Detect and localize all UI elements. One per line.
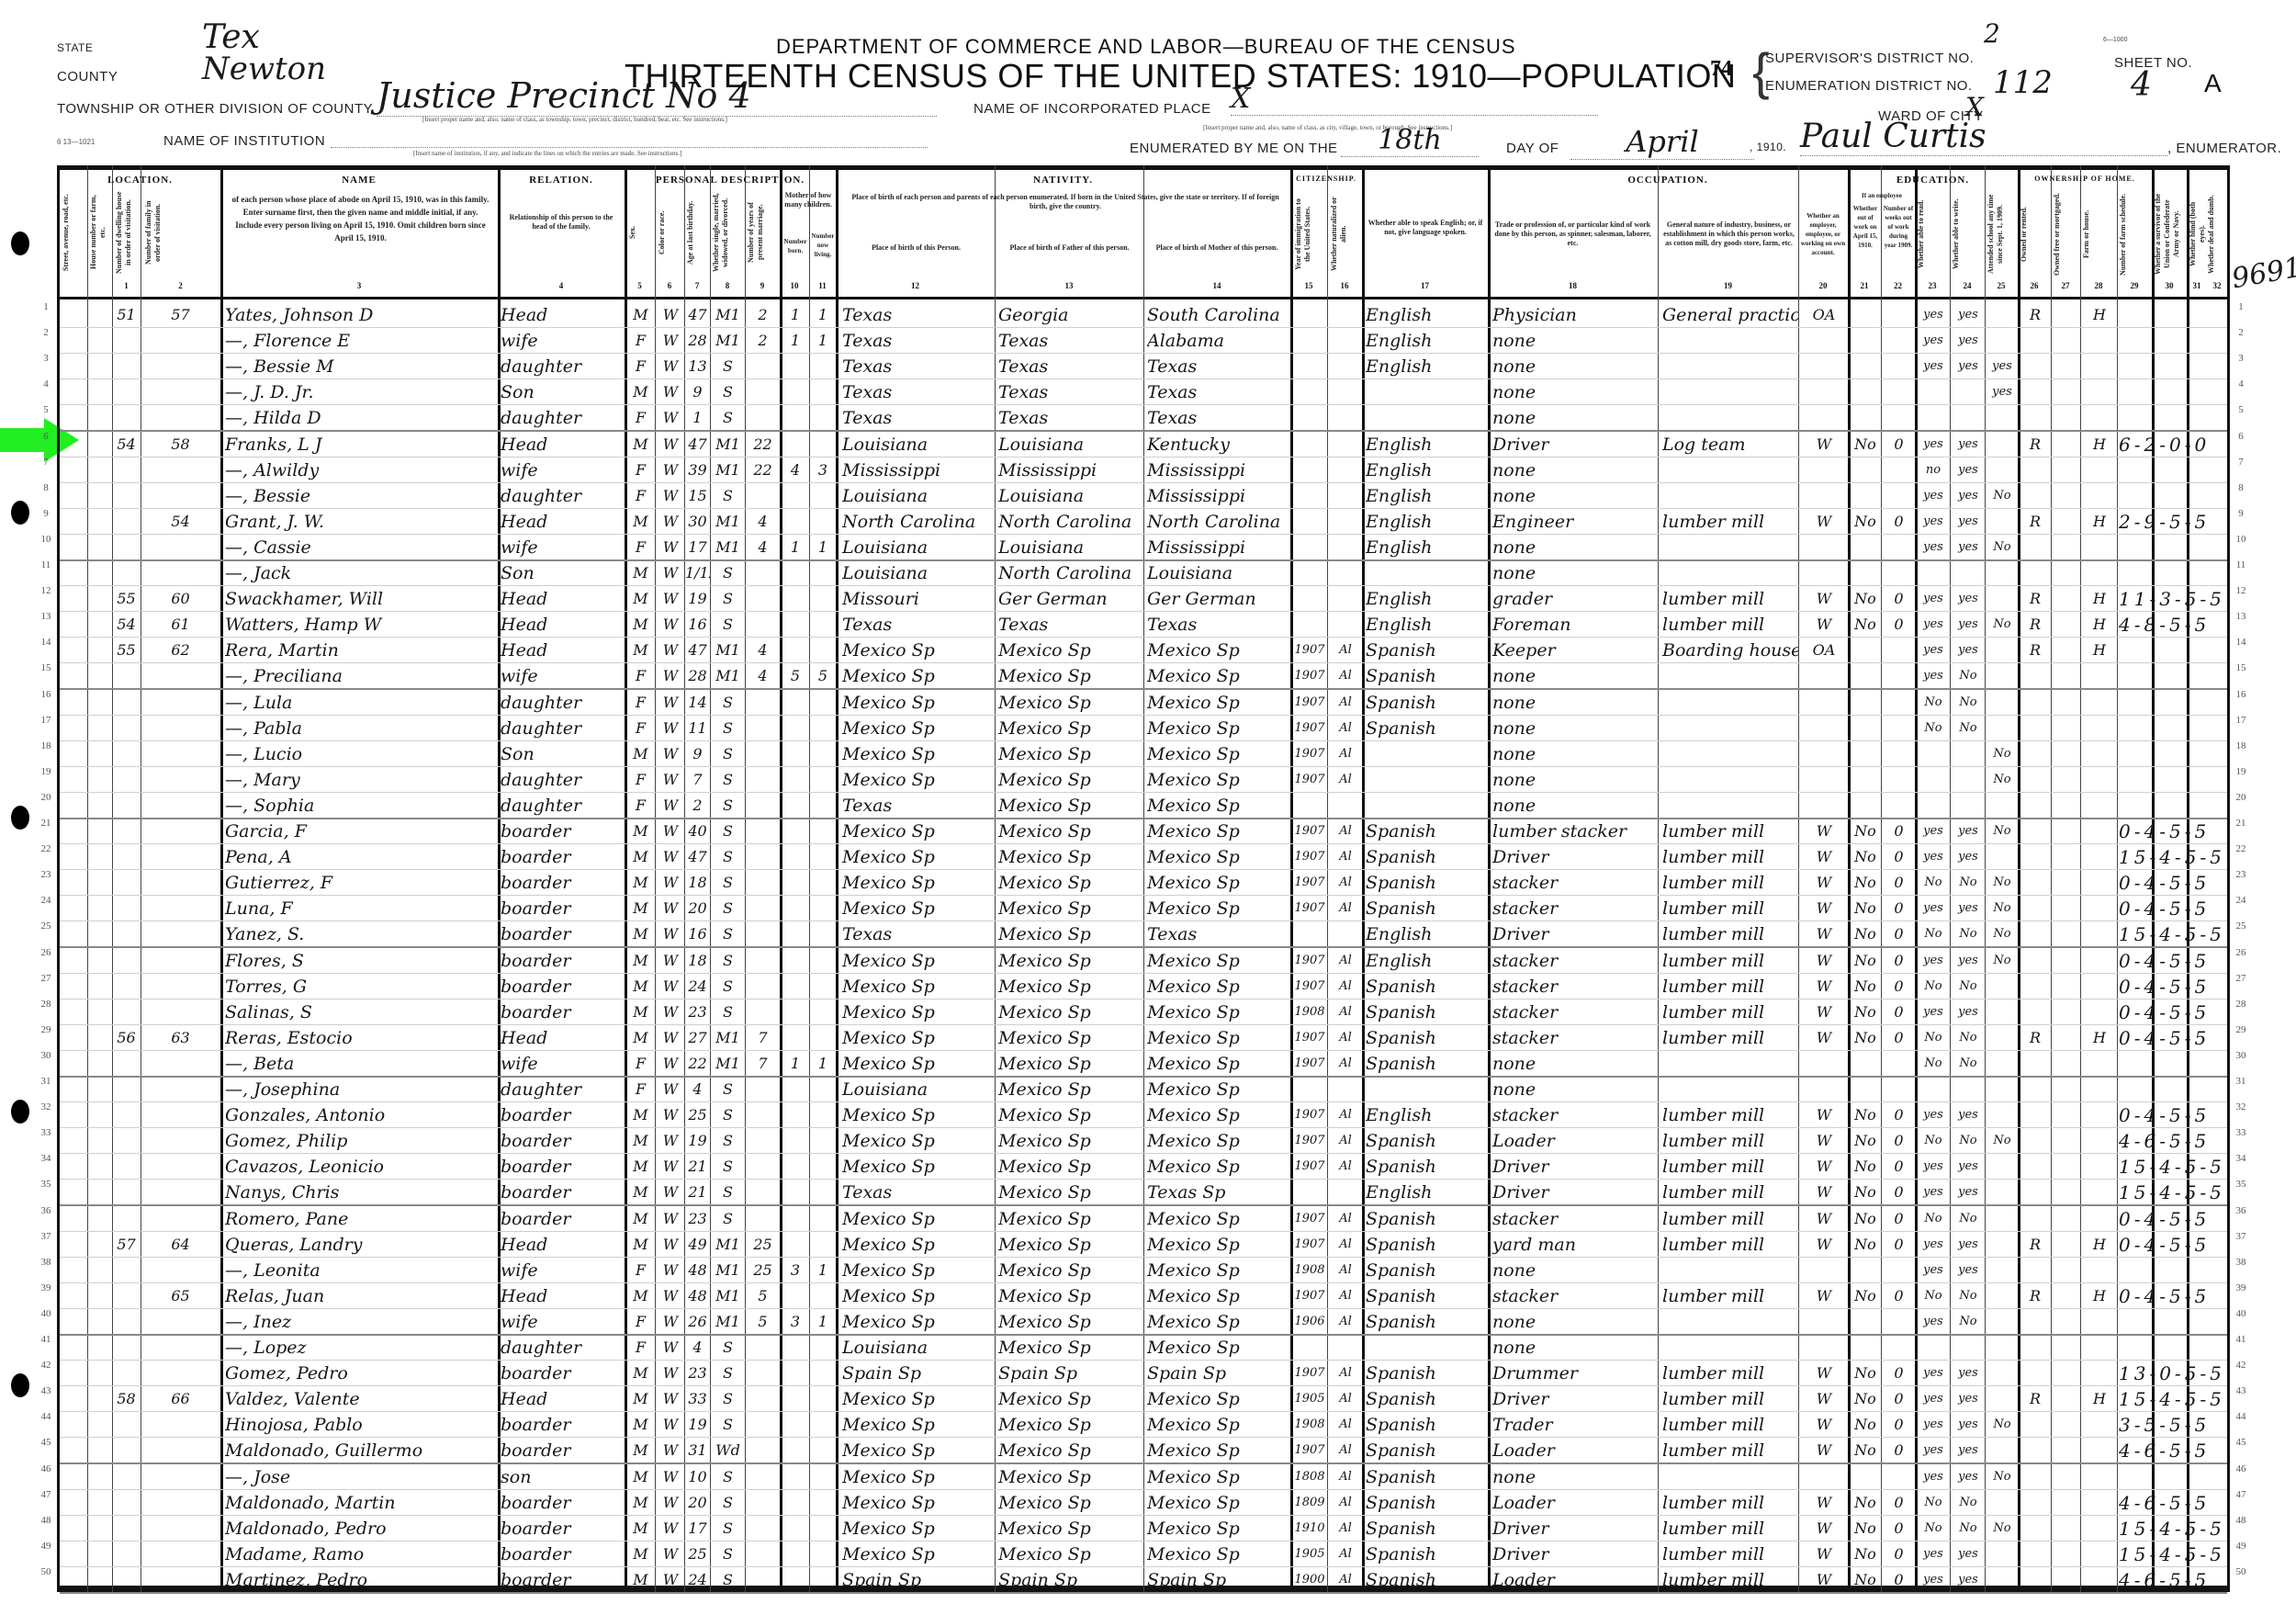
line-number: 12 xyxy=(2232,585,2250,596)
children-living: 1 xyxy=(810,1310,836,1334)
father-birthplace: Mexico Sp xyxy=(998,1439,1143,1463)
race: W xyxy=(657,949,684,973)
language: Spanish xyxy=(1366,691,1488,715)
race: W xyxy=(657,1103,684,1127)
owned-rented xyxy=(2020,1155,2051,1179)
dwelling-number xyxy=(112,1259,141,1282)
can-read: yes xyxy=(1917,1413,1950,1437)
family-number xyxy=(141,355,220,378)
can-read xyxy=(1917,768,1950,792)
can-read: yes xyxy=(1917,484,1950,508)
birthplace: Mexico Sp xyxy=(842,1387,995,1411)
language: Spanish xyxy=(1366,1517,1488,1541)
column-number: 32 xyxy=(2207,281,2227,290)
relation: Head xyxy=(501,510,623,534)
owned-rented: R xyxy=(2020,1284,2051,1308)
family-number xyxy=(141,1361,220,1385)
owned-rented: R xyxy=(2020,1026,2051,1050)
line-number: 23 xyxy=(2232,869,2250,880)
mortgaged xyxy=(2053,871,2080,895)
years-married xyxy=(746,355,780,378)
col-header-immigration: Year of immigration to the United States… xyxy=(1294,193,1325,276)
age: 7 xyxy=(685,768,710,792)
immigration-year: 1908 xyxy=(1292,1259,1327,1282)
age: 23 xyxy=(685,1361,710,1385)
line-number-left: 36 xyxy=(37,1205,55,1216)
person-name: Queras, Landry xyxy=(225,1233,498,1257)
age: 16 xyxy=(685,922,710,946)
children-living xyxy=(810,1026,836,1050)
table-row: 5458Franks, L JHeadMW47M122LouisianaLoui… xyxy=(60,431,2227,457)
farm-or-house xyxy=(2082,1078,2117,1101)
person-name: —, Hilda D xyxy=(225,406,498,430)
employer-status xyxy=(1800,484,1848,508)
mother-birthplace: Mexico Sp xyxy=(1147,1103,1290,1127)
age: 20 xyxy=(685,897,710,920)
sex: M xyxy=(626,587,655,611)
farm-or-house xyxy=(2082,1207,2117,1231)
years-married xyxy=(746,1542,780,1566)
farm-or-house xyxy=(2082,1517,2117,1541)
children-living xyxy=(810,742,836,766)
person-name: —, Lula xyxy=(225,691,498,715)
race: W xyxy=(657,742,684,766)
family-number: 66 xyxy=(141,1387,220,1411)
father-birthplace: Mexico Sp xyxy=(998,1129,1143,1153)
out-of-work: No xyxy=(1850,922,1881,946)
out-of-work xyxy=(1850,536,1881,559)
dwelling-number xyxy=(112,819,141,843)
father-birthplace: Mexico Sp xyxy=(998,949,1143,973)
employer-status: W xyxy=(1800,1103,1848,1127)
family-number xyxy=(141,949,220,973)
mortgaged xyxy=(2053,664,2080,688)
col-header-read: Whether able to read. xyxy=(1917,193,1948,276)
naturalization: Al xyxy=(1329,845,1362,869)
table-row: 5764Queras, LandryHeadMW49M125Mexico SpM… xyxy=(60,1231,2227,1258)
line-number-left: 16 xyxy=(37,689,55,700)
line-number-left: 23 xyxy=(37,869,55,880)
language xyxy=(1366,1336,1488,1360)
can-read: yes xyxy=(1917,510,1950,534)
relation: boarder xyxy=(501,1129,623,1153)
incorporated-label: Name of incorporated place xyxy=(974,101,1211,117)
father-birthplace: Texas xyxy=(998,355,1143,378)
years-married: 25 xyxy=(746,1259,780,1282)
can-read: yes xyxy=(1917,845,1950,869)
children-living xyxy=(810,638,836,662)
marital-status: S xyxy=(711,1361,745,1385)
sex: M xyxy=(626,975,655,999)
marital-status: S xyxy=(711,1078,745,1101)
owned-rented xyxy=(2020,1336,2051,1360)
mother-birthplace: Mississippi xyxy=(1147,458,1290,482)
out-of-work xyxy=(1850,406,1881,430)
out-of-work: No xyxy=(1850,1361,1881,1385)
occupation: Driver xyxy=(1492,1387,1658,1411)
naturalization: Al xyxy=(1329,871,1362,895)
marital-status: S xyxy=(711,819,745,843)
marital-status: S xyxy=(711,484,745,508)
attended-school: No xyxy=(1986,1413,2018,1437)
immigration-year: 1907 xyxy=(1292,845,1327,869)
race: W xyxy=(657,1284,684,1308)
can-read: No xyxy=(1917,1026,1950,1050)
marital-status: S xyxy=(711,691,745,715)
line-number: 16 xyxy=(2232,689,2250,700)
mortgaged xyxy=(2053,355,2080,378)
person-name: —, Cassie xyxy=(225,536,498,559)
marital-status: S xyxy=(711,355,745,378)
employer-status xyxy=(1800,664,1848,688)
industry: lumber mill xyxy=(1662,819,1798,843)
birthplace: Mexico Sp xyxy=(842,1155,995,1179)
col-header-school: Attended school any time since Sept. 1, … xyxy=(1986,193,2016,276)
attended-school xyxy=(1986,1207,2018,1231)
mortgaged xyxy=(2053,303,2080,327)
industry: lumber mill xyxy=(1662,1542,1798,1566)
section-education: EDUCATION. xyxy=(1848,175,2018,186)
out-of-work: No xyxy=(1850,1129,1881,1153)
children-born xyxy=(782,768,809,792)
father-birthplace: Mexico Sp xyxy=(998,1542,1143,1566)
weeks-out: 0 xyxy=(1883,433,1915,457)
children-born xyxy=(782,406,809,430)
attended-school xyxy=(1986,1180,2018,1204)
edit-codes: 4-6-5-5 xyxy=(2119,1439,2229,1463)
employer-status: W xyxy=(1800,1542,1848,1566)
occupation: Driver xyxy=(1492,1517,1658,1541)
weeks-out xyxy=(1883,742,1915,766)
person-name: Pena, A xyxy=(225,845,498,869)
age: 4 xyxy=(685,1078,710,1101)
can-read: yes xyxy=(1917,897,1950,920)
mother-birthplace: Mexico Sp xyxy=(1147,1310,1290,1334)
relation: wife xyxy=(501,329,623,353)
person-name: —, Jack xyxy=(225,561,498,585)
line-number: 50 xyxy=(2232,1566,2250,1577)
children-born xyxy=(782,819,809,843)
language: Spanish xyxy=(1366,819,1488,843)
line-number: 14 xyxy=(2232,637,2250,648)
birthplace: Mexico Sp xyxy=(842,1310,995,1334)
mortgaged xyxy=(2053,1129,2080,1153)
family-number xyxy=(141,1336,220,1360)
table-row: —, BessiedaughterFW15SLouisianaLouisiana… xyxy=(60,482,2227,509)
can-read: yes xyxy=(1917,536,1950,559)
col-header-family: Number of family in order of visitation. xyxy=(144,191,218,274)
can-write xyxy=(1952,768,1985,792)
family-number xyxy=(141,1491,220,1515)
marital-status: M1 xyxy=(711,510,745,534)
years-married: 4 xyxy=(746,664,780,688)
line-number-left: 9 xyxy=(37,508,55,519)
mother-birthplace: Mexico Sp xyxy=(1147,1233,1290,1257)
language: English xyxy=(1366,613,1488,637)
relation: Son xyxy=(501,742,623,766)
line-number: 9 xyxy=(2232,508,2250,519)
owned-rented xyxy=(2020,1180,2051,1204)
occupation: Driver xyxy=(1492,922,1658,946)
dwelling-number xyxy=(112,768,141,792)
col-header-house: House number or farm, etc. xyxy=(89,191,111,274)
family-number xyxy=(141,1439,220,1463)
employer-status: W xyxy=(1800,1207,1848,1231)
age: 39 xyxy=(685,458,710,482)
immigration-year xyxy=(1292,922,1327,946)
children-born xyxy=(782,949,809,973)
person-name: Gomez, Pedro xyxy=(225,1361,498,1385)
out-of-work xyxy=(1850,768,1881,792)
employer-status xyxy=(1800,768,1848,792)
line-number-left: 49 xyxy=(37,1541,55,1552)
race: W xyxy=(657,1387,684,1411)
mother-birthplace: Mexico Sp xyxy=(1147,1517,1290,1541)
col-header-employer: Whether an employer, employee, or workin… xyxy=(1800,211,1846,257)
weeks-out xyxy=(1883,536,1915,559)
marital-status: S xyxy=(711,1542,745,1566)
edit-codes xyxy=(2119,536,2229,559)
years-married: 2 xyxy=(746,303,780,327)
industry: lumber mill xyxy=(1662,1000,1798,1024)
race: W xyxy=(657,922,684,946)
mortgaged xyxy=(2053,1103,2080,1127)
owned-rented: R xyxy=(2020,638,2051,662)
employer-status xyxy=(1800,406,1848,430)
farm-or-house xyxy=(2082,1542,2117,1566)
weeks-out xyxy=(1883,638,1915,662)
table-row: —, CassiewifeFW17M1411LouisianaLouisiana… xyxy=(60,534,2227,561)
father-birthplace: Mexico Sp xyxy=(998,922,1143,946)
out-of-work: No xyxy=(1850,949,1881,973)
can-write xyxy=(1952,1078,1985,1101)
children-born xyxy=(782,561,809,585)
children-living xyxy=(810,1233,836,1257)
out-of-work xyxy=(1850,664,1881,688)
line-number-left: 21 xyxy=(37,818,55,829)
race: W xyxy=(657,561,684,585)
sex: M xyxy=(626,561,655,585)
table-row: 5157Yates, Johnson DHeadMW47M1211TexasGe… xyxy=(60,301,2227,328)
father-birthplace: Texas xyxy=(998,406,1143,430)
table-row: Torres, GboarderMW24SMexico SpMexico SpM… xyxy=(60,973,2227,999)
marital-status: M1 xyxy=(711,536,745,559)
edit-codes: 6-2-0-0 xyxy=(2119,433,2229,457)
birthplace: Mexico Sp xyxy=(842,691,995,715)
farm-or-house: H xyxy=(2082,303,2117,327)
naturalization: Al xyxy=(1329,717,1362,740)
age: 18 xyxy=(685,949,710,973)
industry: lumber mill xyxy=(1662,587,1798,611)
person-name: Reras, Estocio xyxy=(225,1026,498,1050)
employer-status xyxy=(1800,1078,1848,1101)
can-read xyxy=(1917,561,1950,585)
father-birthplace: Mexico Sp xyxy=(998,975,1143,999)
sex: M xyxy=(626,1103,655,1127)
table-row: Salinas, SboarderMW23SMexico SpMexico Sp… xyxy=(60,999,2227,1025)
age: 33 xyxy=(685,1387,710,1411)
birthplace: Mexico Sp xyxy=(842,949,995,973)
farm-or-house xyxy=(2082,691,2117,715)
edit-codes: 0-4-5-5 xyxy=(2119,975,2229,999)
naturalization xyxy=(1329,922,1362,946)
person-name: —, Lopez xyxy=(225,1336,498,1360)
table-row: Madame, RamoboarderMW25SMexico SpMexico … xyxy=(60,1541,2227,1567)
children-born xyxy=(782,380,809,404)
immigration-year: 1808 xyxy=(1292,1465,1327,1489)
out-of-work: No xyxy=(1850,1542,1881,1566)
owned-rented: R xyxy=(2020,587,2051,611)
children-living xyxy=(810,355,836,378)
edit-codes xyxy=(2119,1052,2229,1076)
industry: Boarding house xyxy=(1662,638,1798,662)
marital-status: S xyxy=(711,1517,745,1541)
birthplace: Mexico Sp xyxy=(842,1517,995,1541)
employer-status xyxy=(1800,717,1848,740)
out-of-work xyxy=(1850,1310,1881,1334)
table-row: —, MarydaughterFW7SMexico SpMexico SpMex… xyxy=(60,766,2227,793)
mother-birthplace: Mississippi xyxy=(1147,536,1290,559)
attended-school xyxy=(1986,691,2018,715)
out-of-work: No xyxy=(1850,1180,1881,1204)
father-birthplace: Mexico Sp xyxy=(998,1078,1143,1101)
attended-school xyxy=(1986,1155,2018,1179)
can-write: yes xyxy=(1952,587,1985,611)
line-number: 18 xyxy=(2232,740,2250,751)
weeks-out xyxy=(1883,380,1915,404)
person-name: Swackhamer, Will xyxy=(225,587,498,611)
line-number: 26 xyxy=(2232,947,2250,958)
column-number: 5 xyxy=(625,281,655,290)
occupation: stacker xyxy=(1492,1284,1658,1308)
children-living xyxy=(810,949,836,973)
can-write: yes xyxy=(1952,1103,1985,1127)
attended-school xyxy=(1986,1361,2018,1385)
can-read: No xyxy=(1917,691,1950,715)
line-number: 5 xyxy=(2232,404,2250,415)
age: 23 xyxy=(685,1207,710,1231)
can-read: No xyxy=(1917,1129,1950,1153)
relation: boarder xyxy=(501,1542,623,1566)
owned-rented xyxy=(2020,1491,2051,1515)
edit-codes: 15-4-5-5 xyxy=(2119,1517,2229,1541)
sex: F xyxy=(626,329,655,353)
birthplace: Texas xyxy=(842,922,995,946)
children-living xyxy=(810,1155,836,1179)
children-born xyxy=(782,613,809,637)
marital-status: S xyxy=(711,561,745,585)
race: W xyxy=(657,458,684,482)
out-of-work: No xyxy=(1850,1517,1881,1541)
children-born xyxy=(782,1361,809,1385)
industry xyxy=(1662,1336,1798,1360)
race: W xyxy=(657,794,684,818)
relation: boarder xyxy=(501,845,623,869)
employer-status xyxy=(1800,1336,1848,1360)
line-number: 2 xyxy=(2232,327,2250,338)
employer-status xyxy=(1800,1310,1848,1334)
father-birthplace: Mexico Sp xyxy=(998,1336,1143,1360)
birthplace: Mexico Sp xyxy=(842,1413,995,1437)
race: W xyxy=(657,1361,684,1385)
line-number-left: 6 xyxy=(37,431,55,442)
immigration-year: 1907 xyxy=(1292,664,1327,688)
employer-status: W xyxy=(1800,845,1848,869)
family-number xyxy=(141,768,220,792)
relation: Head xyxy=(501,303,623,327)
edit-codes: 15-4-5-5 xyxy=(2119,1542,2229,1566)
years-married xyxy=(746,1155,780,1179)
out-of-work: No xyxy=(1850,1491,1881,1515)
relation: boarder xyxy=(501,1207,623,1231)
age: 26 xyxy=(685,1310,710,1334)
employer-status xyxy=(1800,329,1848,353)
children-living xyxy=(810,613,836,637)
sex: M xyxy=(626,380,655,404)
edit-codes: 0-4-5-5 xyxy=(2119,1000,2229,1024)
mortgaged xyxy=(2053,742,2080,766)
attended-school: No xyxy=(1986,897,2018,920)
language: Spanish xyxy=(1366,1129,1488,1153)
can-write: No xyxy=(1952,1026,1985,1050)
sex: M xyxy=(626,1439,655,1463)
sex: M xyxy=(626,1233,655,1257)
children-living: 3 xyxy=(810,458,836,482)
dwelling-number xyxy=(112,1361,141,1385)
occupation: Driver xyxy=(1492,1155,1658,1179)
children-living: 1 xyxy=(810,1259,836,1282)
marital-status: M1 xyxy=(711,1233,745,1257)
age: 47 xyxy=(685,845,710,869)
race: W xyxy=(657,1052,684,1076)
can-read xyxy=(1917,794,1950,818)
employer-status: OA xyxy=(1800,303,1848,327)
race: W xyxy=(657,1129,684,1153)
section-personal: PERSONAL DESCRIPTION. xyxy=(625,175,836,186)
naturalization: Al xyxy=(1329,742,1362,766)
industry xyxy=(1662,717,1798,740)
line-number-left: 33 xyxy=(37,1127,55,1138)
farm-or-house xyxy=(2082,1491,2117,1515)
immigration-year: 1907 xyxy=(1292,638,1327,662)
line-number-left: 37 xyxy=(37,1231,55,1242)
can-write: yes xyxy=(1952,1233,1985,1257)
line-number: 36 xyxy=(2232,1205,2250,1216)
marital-status: M1 xyxy=(711,1052,745,1076)
industry: Log team xyxy=(1662,433,1798,457)
years-married xyxy=(746,1439,780,1463)
occupation: stacker xyxy=(1492,1026,1658,1050)
line-number-left: 27 xyxy=(37,973,55,984)
language xyxy=(1366,768,1488,792)
birthplace: Mexico Sp xyxy=(842,1000,995,1024)
person-name: Nanys, Chris xyxy=(225,1180,498,1204)
naturalization: Al xyxy=(1329,768,1362,792)
sex: M xyxy=(626,1542,655,1566)
immigration-year xyxy=(1292,484,1327,508)
occupation: none xyxy=(1492,717,1658,740)
line-number: 35 xyxy=(2232,1179,2250,1190)
age: 16 xyxy=(685,613,710,637)
can-write: yes xyxy=(1952,303,1985,327)
occupation: none xyxy=(1492,794,1658,818)
state-label: State xyxy=(57,41,93,54)
out-of-work: No xyxy=(1850,1439,1881,1463)
weeks-out: 0 xyxy=(1883,845,1915,869)
father-birthplace: Mexico Sp xyxy=(998,1103,1143,1127)
mother-birthplace: Mexico Sp xyxy=(1147,1129,1290,1153)
can-read: yes xyxy=(1917,355,1950,378)
